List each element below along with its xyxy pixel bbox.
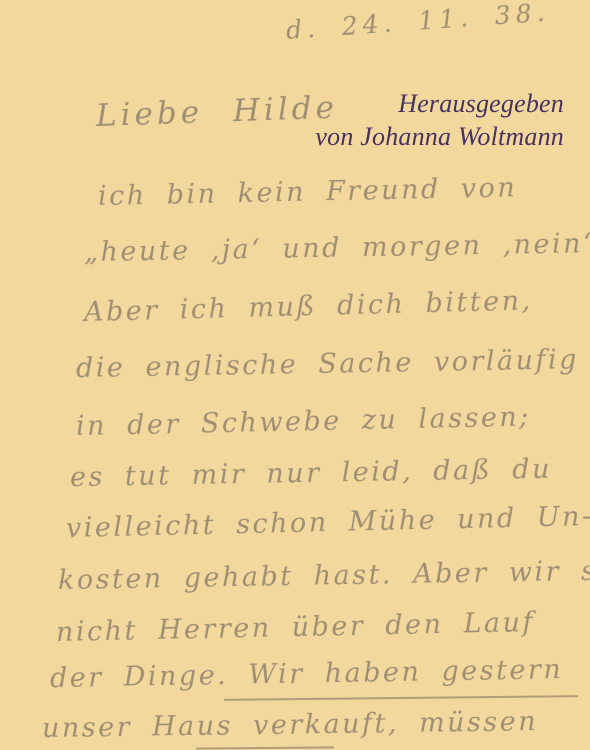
editor-credit: Herausgegeben von Johanna Woltmann — [315, 88, 564, 153]
letter-page: d. 24. 11. 38. Liebe Hilde Herausgegeben… — [0, 0, 590, 750]
handwritten-line: die englische Sache vorläufig — [76, 344, 579, 384]
handwritten-line: kosten gehabt hast. Aber wir sind — [58, 555, 590, 596]
underline-stroke — [196, 746, 334, 749]
handwritten-line: vielleicht schon Mühe und Un- — [66, 501, 590, 544]
editor-credit-line-2: von Johanna Woltmann — [315, 121, 564, 154]
underline-stroke — [224, 695, 578, 701]
handwritten-line: nicht Herren über den Lauf — [56, 607, 536, 648]
handwritten-line: in der Schwebe zu lassen; — [76, 401, 531, 442]
handwritten-line: „heute ‚ja‘ und morgen ‚nein‘. — [84, 228, 590, 268]
handwritten-line: unser Haus verkauft, müssen — [42, 706, 539, 744]
handwritten-salutation: Liebe Hilde — [95, 90, 338, 134]
editor-credit-line-1: Herausgegeben — [315, 88, 564, 121]
handwritten-date: d. 24. 11. 38. — [285, 0, 550, 45]
handwritten-line: es tut mir nur leid, daß du — [70, 454, 552, 493]
handwritten-line: der Dinge. Wir haben gestern — [50, 654, 564, 694]
handwritten-line: ich bin kein Freund von — [98, 172, 518, 212]
handwritten-line: Aber ich muß dich bitten, — [84, 285, 533, 328]
